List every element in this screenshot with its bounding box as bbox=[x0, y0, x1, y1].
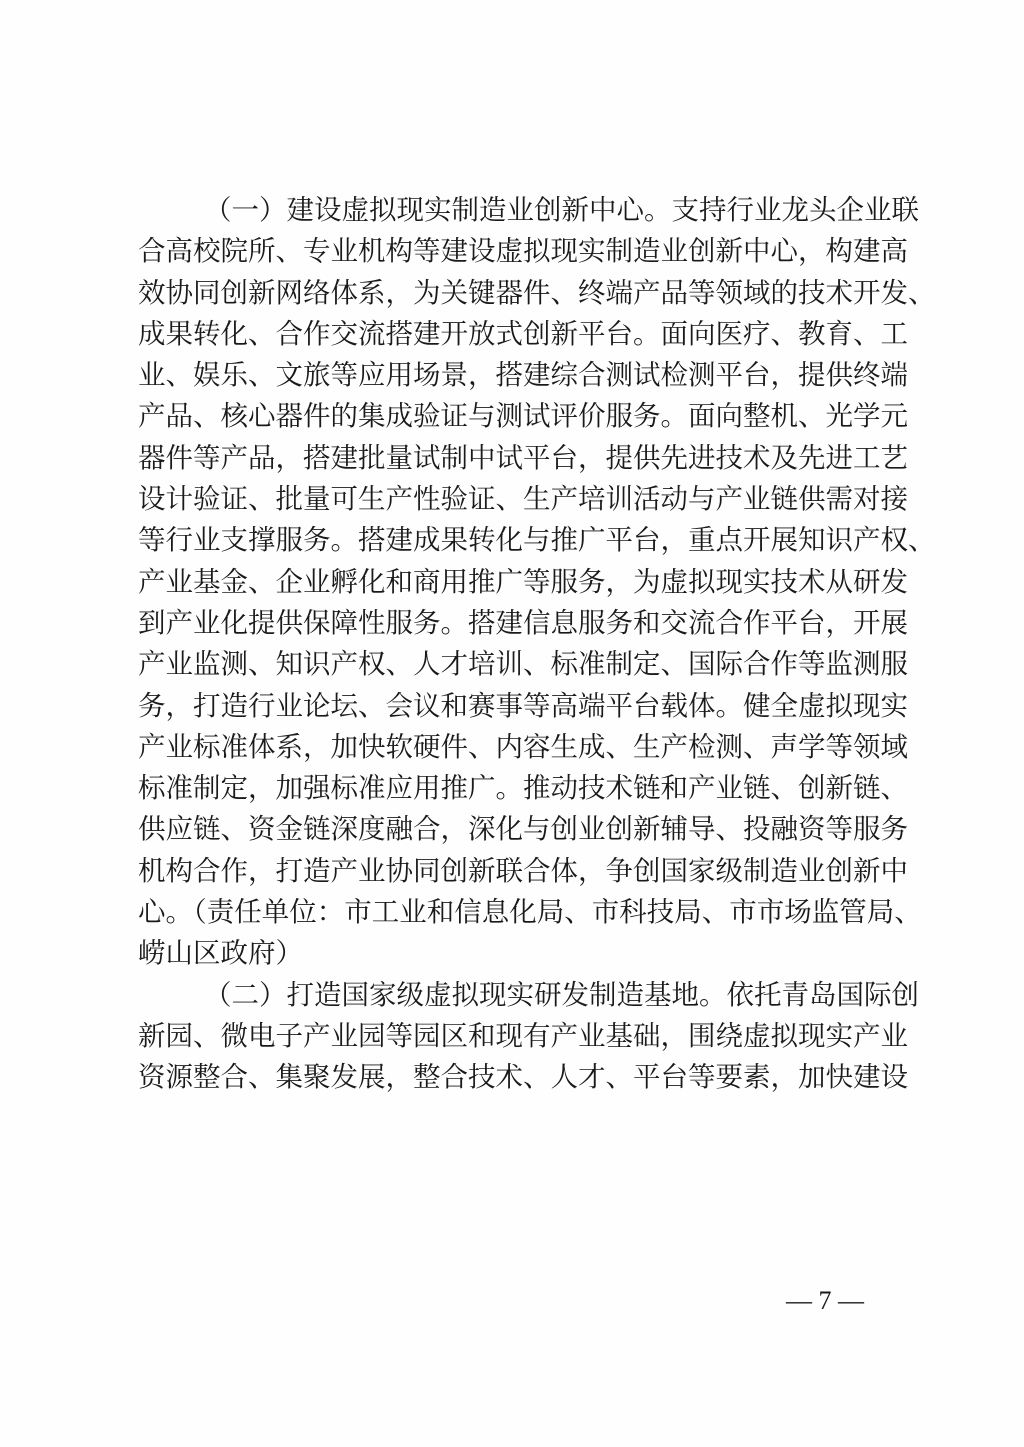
text-line: （二）打造国家级虚拟现实研发制造基地。依托青岛国际创 bbox=[138, 975, 896, 1016]
text-line: 崂山区政府） bbox=[138, 933, 896, 974]
document-body: （一）建设虚拟现实制造业创新中心。支持行业龙头企业联 合高校院所、专业机构等建设… bbox=[138, 190, 896, 1099]
text-line: 到产业化提供保障性服务。搭建信息服务和交流合作平台，开展 bbox=[138, 603, 896, 644]
text-line: 等行业支撑服务。搭建成果转化与推广平台，重点开展知识产权、 bbox=[138, 520, 896, 561]
text-line: 心。（责任单位：市工业和信息化局、市科技局、市市场监管局、 bbox=[138, 892, 896, 933]
text-line: 器件等产品，搭建批量试制中试平台，提供先进技术及先进工艺 bbox=[138, 438, 896, 479]
text-line: 机构合作，打造产业协同创新联合体，争创国家级制造业创新中 bbox=[138, 851, 896, 892]
text-line: 供应链、资金链深度融合，深化与创业创新辅导、投融资等服务 bbox=[138, 809, 896, 850]
text-line: 标准制定，加强标准应用推广。推动技术链和产业链、创新链、 bbox=[138, 768, 896, 809]
text-line: 产业标准体系，加快软硬件、内容生成、生产检测、声学等领域 bbox=[138, 727, 896, 768]
text-line: 产业基金、企业孵化和商用推广等服务，为虚拟现实技术从研发 bbox=[138, 562, 896, 603]
text-line: 新园、微电子产业园等园区和现有产业基础，围绕虚拟现实产业 bbox=[138, 1016, 896, 1057]
page-number: — 7 — bbox=[786, 1286, 864, 1316]
text-line: 产品、核心器件的集成验证与测试评价服务。面向整机、光学元 bbox=[138, 396, 896, 437]
text-line: 合高校院所、专业机构等建设虚拟现实制造业创新中心，构建高 bbox=[138, 231, 896, 272]
text-line: 业、娱乐、文旅等应用场景，搭建综合测试检测平台，提供终端 bbox=[138, 355, 896, 396]
text-line: 务，打造行业论坛、会议和赛事等高端平台载体。健全虚拟现实 bbox=[138, 686, 896, 727]
text-line: 资源整合、集聚发展，整合技术、人才、平台等要素，加快建设 bbox=[138, 1057, 896, 1098]
text-line: 成果转化、合作交流搭建开放式创新平台。面向医疗、教育、工 bbox=[138, 314, 896, 355]
document-page: （一）建设虚拟现实制造业创新中心。支持行业龙头企业联 合高校院所、专业机构等建设… bbox=[0, 0, 1024, 1447]
paragraph-2: （二）打造国家级虚拟现实研发制造基地。依托青岛国际创 新园、微电子产业园等园区和… bbox=[138, 975, 896, 1099]
text-line: 产业监测、知识产权、人才培训、标准制定、国际合作等监测服 bbox=[138, 644, 896, 685]
paragraph-1: （一）建设虚拟现实制造业创新中心。支持行业龙头企业联 合高校院所、专业机构等建设… bbox=[138, 190, 896, 975]
text-line: 效协同创新网络体系，为关键器件、终端产品等领域的技术开发、 bbox=[138, 273, 896, 314]
text-line: 设计验证、批量可生产性验证、生产培训活动与产业链供需对接 bbox=[138, 479, 896, 520]
text-line: （一）建设虚拟现实制造业创新中心。支持行业龙头企业联 bbox=[138, 190, 896, 231]
